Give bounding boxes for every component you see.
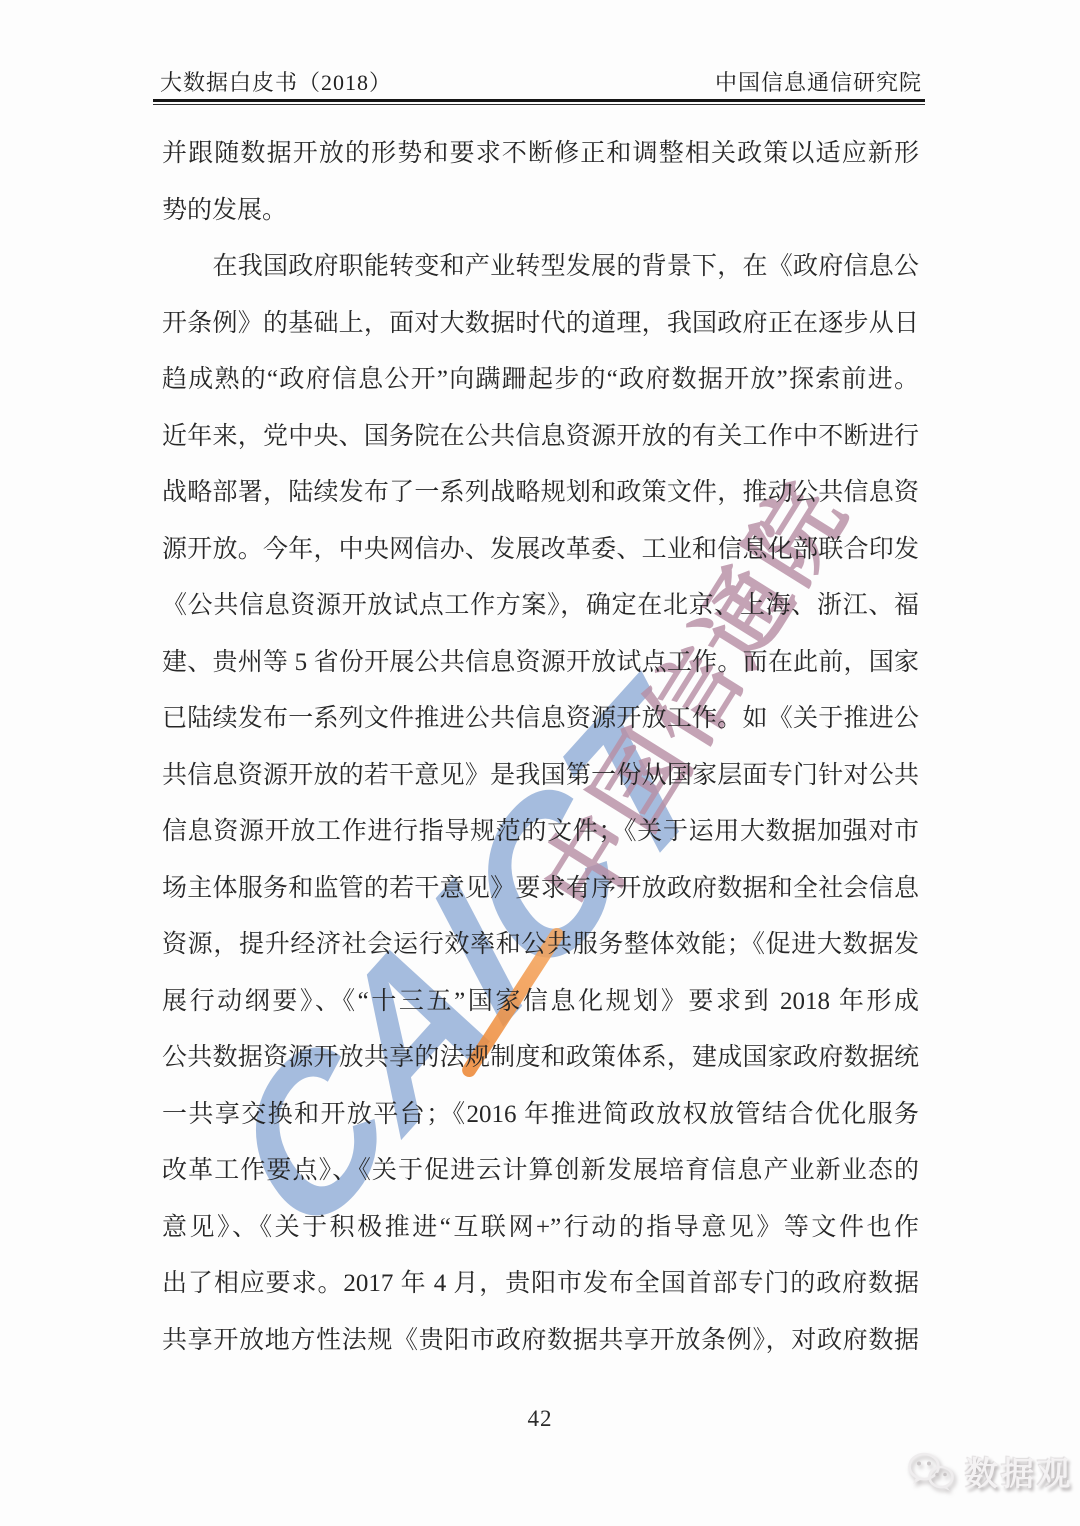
body-line: 势的发展。 <box>162 183 919 240</box>
body-line: 场主体服务和监管的若干意见》要求有序开放政府数据和全社会信息 <box>162 861 919 918</box>
body-line: 在我国政府职能转变和产业转型发展的背景下，在《政府信息公 <box>162 239 919 296</box>
body-line: 近年来，党中央、国务院在公共信息资源开放的有关工作中不断进行 <box>162 409 919 466</box>
body-line: 源开放。今年，中央网信办、发展改革委、工业和信息化部联合印发 <box>162 522 919 579</box>
wechat-icon <box>906 1451 956 1493</box>
page-number: 42 <box>0 1406 1080 1432</box>
body-line: 建、贵州等 5 省份开展公共信息资源开放试点工作。而在此前，国家 <box>162 635 919 692</box>
body-line: 并跟随数据开放的形势和要求不断修正和调整相关政策以适应新形 <box>162 126 919 183</box>
body-line: 趋成熟的“政府信息公开”向蹒跚起步的“政府数据开放”探索前进。 <box>162 352 919 409</box>
body-line: 出了相应要求。2017 年 4 月，贵阳市发布全国首部专门的政府数据 <box>162 1256 919 1313</box>
badge-label: 数据观 <box>965 1448 1073 1495</box>
body-line: 战略部署，陆续发布了一系列战略规划和政策文件，推动公共信息资 <box>162 465 919 522</box>
body-line: 展行动纲要》、《“十三五”国家信息化规划》要求到 2018 年形成 <box>162 974 919 1031</box>
body-line: 共信息资源开放的若干意见》是我国第一份从国家层面专门针对公共 <box>162 748 919 805</box>
body-line: 已陆续发布一系列文件推进公共信息资源开放工作。如《关于推进公 <box>162 691 919 748</box>
shujuguan-watermark-badge: 数据观 <box>906 1448 1073 1495</box>
body-line: 公共数据资源开放共享的法规制度和政策体系，建成国家政府数据统 <box>162 1030 919 1087</box>
body-line: 信息资源开放工作进行指导规范的文件；《关于运用大数据加强对市 <box>162 804 919 861</box>
body-line: 改革工作要点》、《关于促进云计算创新发展培育信息产业新业态的 <box>162 1143 919 1200</box>
body-line: 意见》、《关于积极推进“互联网+”行动的指导意见》等文件也作 <box>162 1200 919 1257</box>
body-line: 一共享交换和开放平台；《2016 年推进简政放权放管结合优化服务 <box>162 1087 919 1144</box>
document-page: 大数据白皮书（2018） 中国信息通信研究院 CAICT 中国信通院 并跟随数据… <box>0 0 1080 1526</box>
body-text: 并跟随数据开放的形势和要求不断修正和调整相关政策以适应新形 势的发展。 在我国政… <box>162 126 919 1369</box>
body-line: 共享开放地方性法规《贵阳市政府数据共享开放条例》，对政府数据 <box>162 1313 919 1370</box>
body-line: 资源，提升经济社会运行效率和公共服务整体效能；《促进大数据发 <box>162 917 919 974</box>
body-line: 《公共信息资源开放试点工作方案》，确定在北京、上海、浙江、福 <box>162 578 919 635</box>
body-line: 开条例》的基础上，面对大数据时代的道理，我国政府正在逐步从日 <box>162 296 919 353</box>
